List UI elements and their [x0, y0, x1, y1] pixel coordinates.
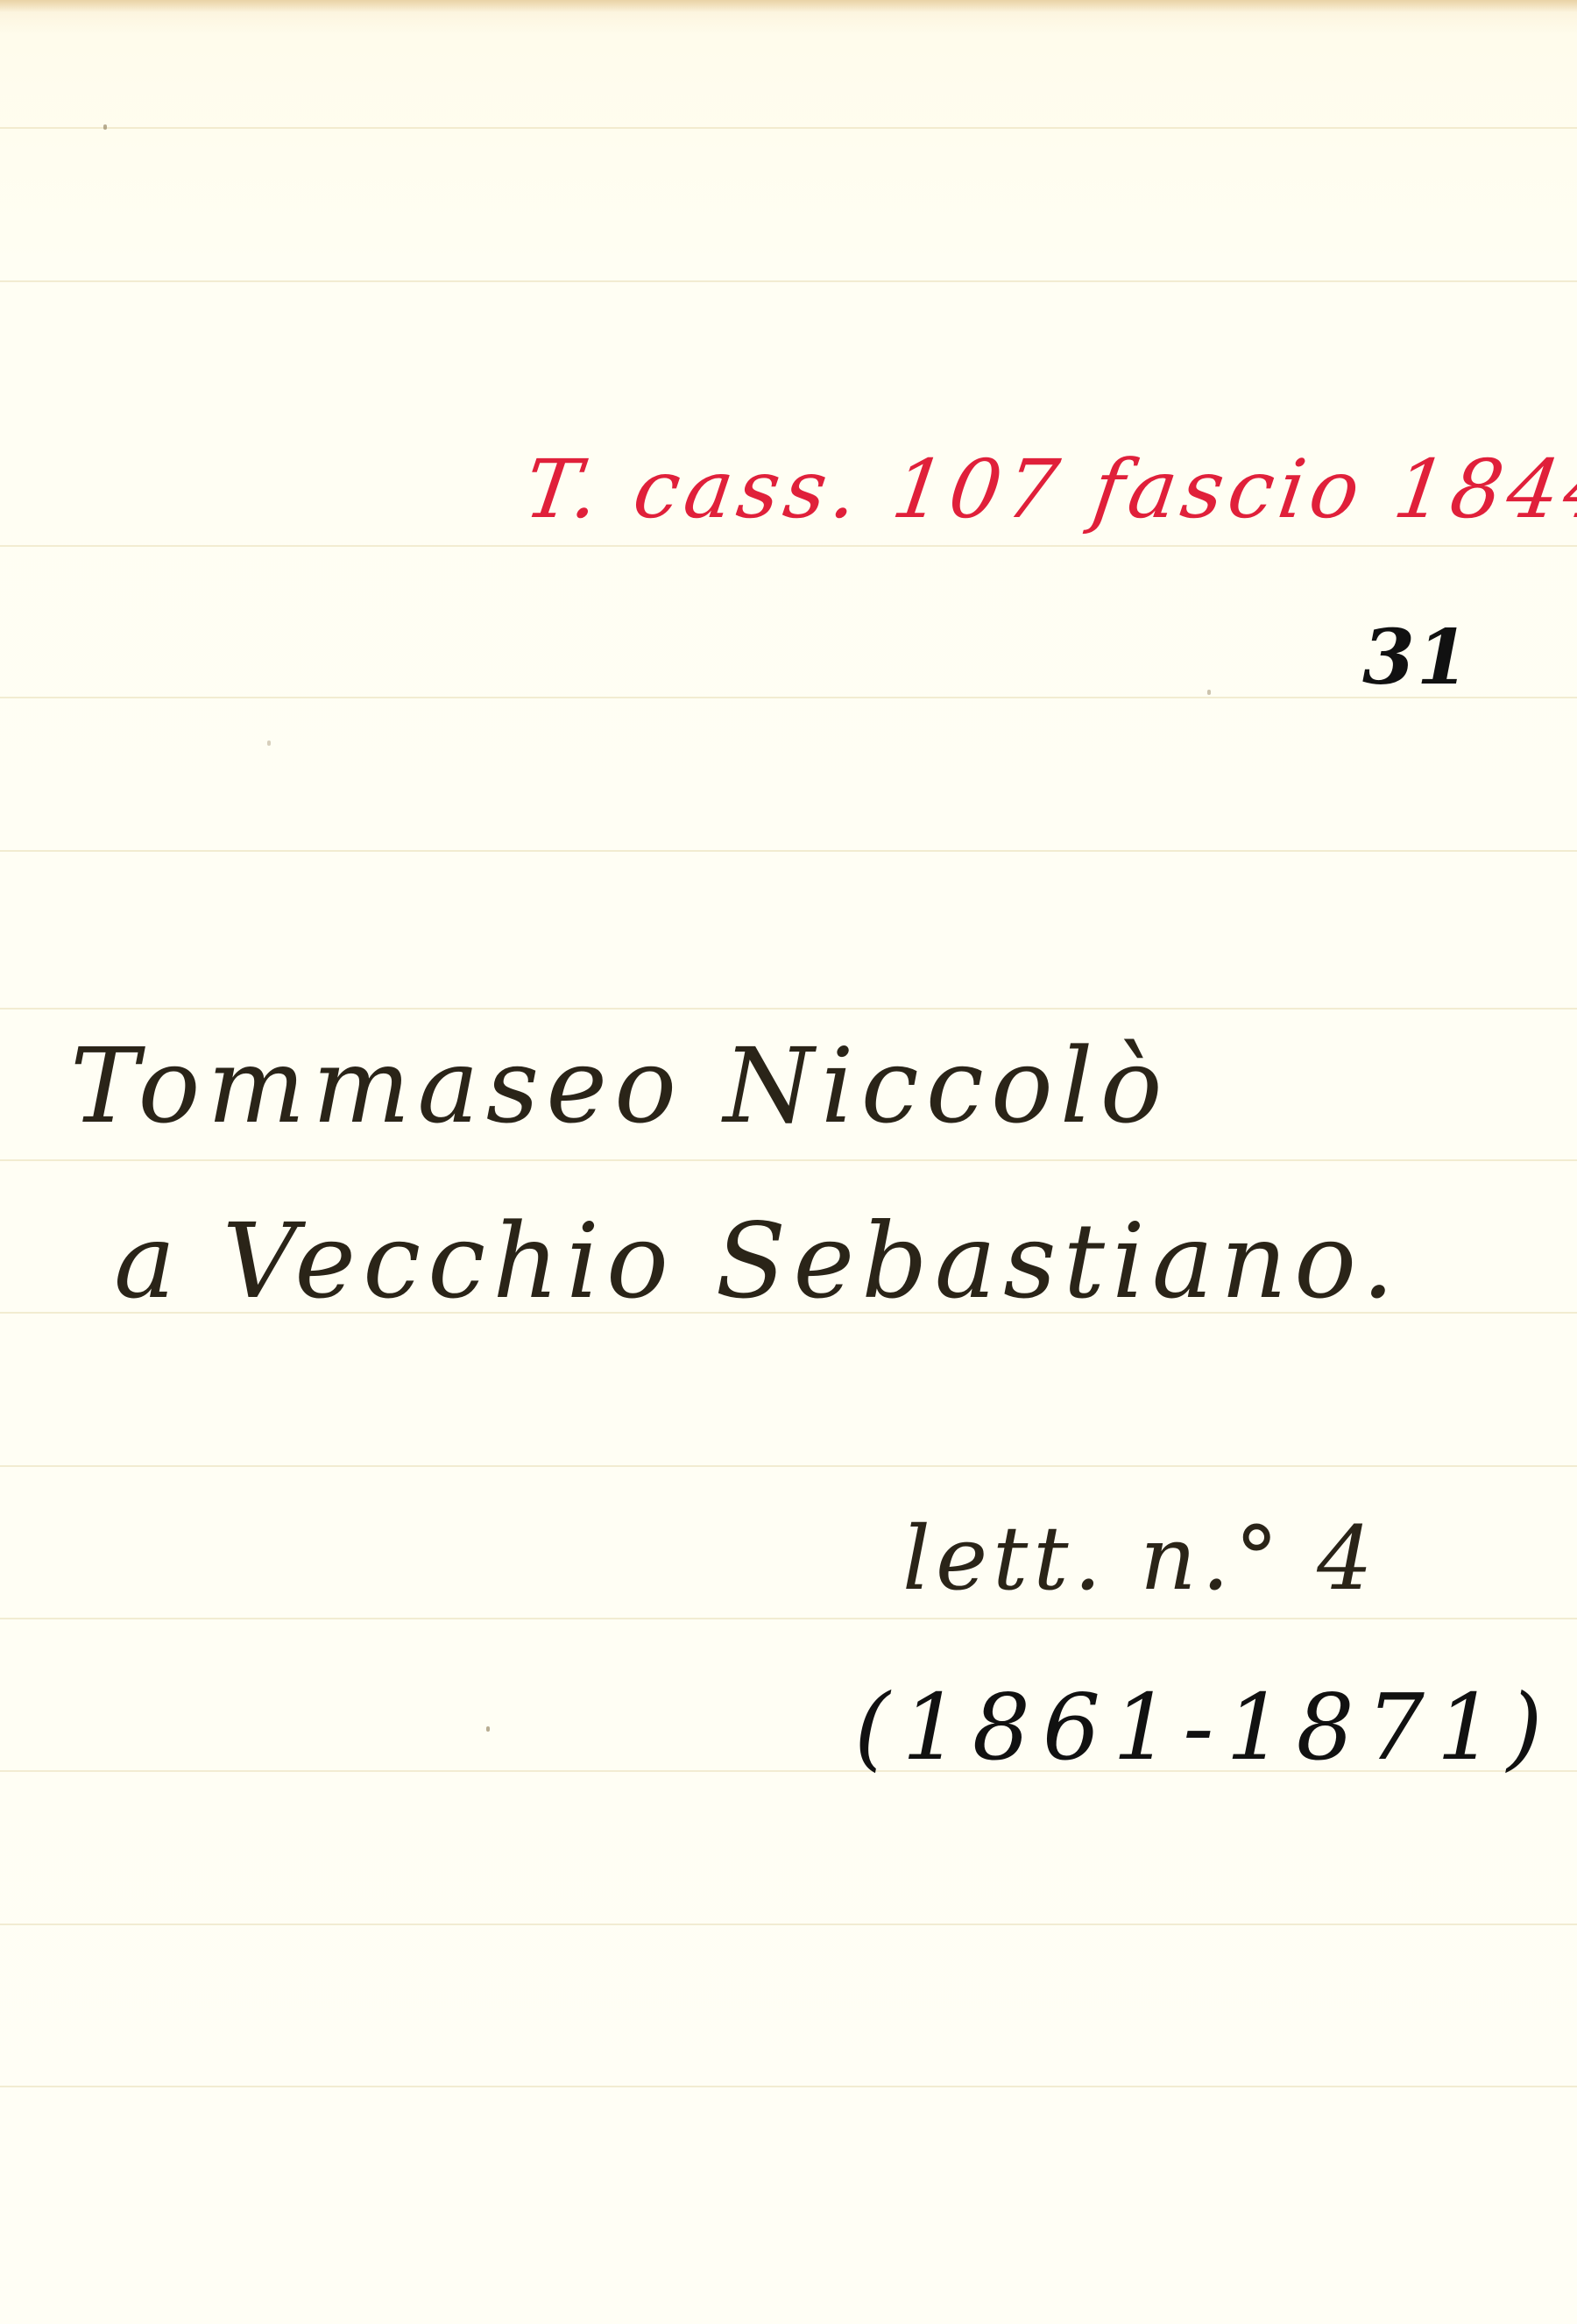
title-author-line: Tommaseo Niccolò: [70, 1025, 1170, 1146]
ruled-line: [0, 697, 1577, 698]
ruled-line: [0, 1465, 1577, 1467]
ruled-line: [0, 545, 1577, 547]
ruled-line: [0, 280, 1577, 282]
ruled-line: [0, 1924, 1577, 1925]
ruled-line: [0, 1008, 1577, 1010]
paper-speck: [486, 1726, 490, 1732]
ruled-line: [0, 2086, 1577, 2087]
shelfmark-red-annotation: T. cass. 107 fascio 1844.: [519, 443, 1577, 536]
ruled-line: [0, 1618, 1577, 1619]
letters-count: lett. n.° 4: [902, 1507, 1378, 1610]
date-range: (1861-1871): [854, 1674, 1555, 1781]
paper-speck: [267, 740, 271, 746]
ruled-line: [0, 850, 1577, 852]
paper-speck: [1207, 690, 1211, 695]
paper-top-edge: [0, 0, 1577, 12]
item-number: 31: [1362, 613, 1471, 702]
ruled-line: [0, 127, 1577, 129]
catalog-card: T. cass. 107 fascio 1844. 31 Tommaseo Ni…: [0, 0, 1577, 2324]
ruled-line: [0, 1159, 1577, 1161]
paper-speck: [103, 124, 107, 130]
title-recipient-line: a Vecchio Sebastiano.: [114, 1201, 1402, 1321]
